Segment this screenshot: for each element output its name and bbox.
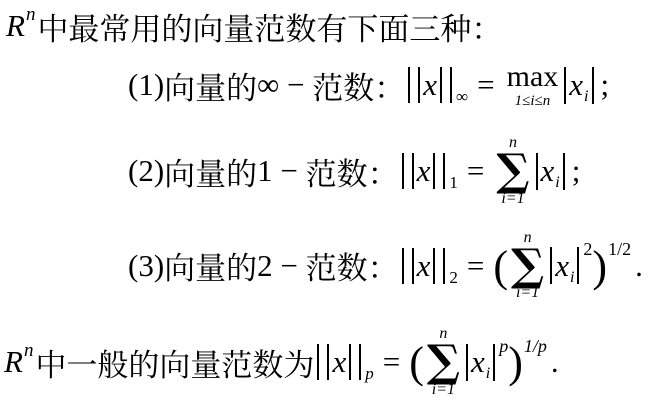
outer-exponent: 1/2 [608, 239, 631, 260]
set-symbol-exponent: n [26, 4, 36, 26]
equals-sign: = [383, 344, 400, 380]
summation-operator: n ∑ i=1 [427, 326, 460, 398]
max-operator: max 1≤i≤n [507, 62, 559, 109]
item2-label: (2) [128, 153, 164, 189]
abs-x-i: x i [561, 67, 596, 104]
abs-bar-icon [577, 247, 579, 284]
double-bar-icon [440, 67, 452, 103]
intro-line: R n 中最常用的向量范数有下面三种： [6, 4, 502, 48]
norm-x-1: x 1 [399, 153, 458, 189]
component-x: x [555, 248, 569, 284]
open-paren: ( [409, 341, 424, 385]
double-bar-icon [317, 344, 329, 380]
item1-label: (1) [128, 67, 164, 103]
sigma-icon: ∑ [427, 342, 460, 382]
double-bar-icon [408, 67, 420, 103]
item2-terminator: ; [572, 153, 581, 189]
abs-bar-icon [536, 153, 538, 190]
double-bar-icon [433, 153, 445, 189]
norm-subscript-p: p [365, 364, 374, 384]
abs-x-i-power-p: x i p [463, 344, 508, 381]
item1-line: (1) 向量的 ∞ − 范数： x ∞ = max 1≤i≤n x i ; [128, 50, 609, 120]
index-i: i [570, 269, 574, 287]
item2-norm-word: 范数： [306, 149, 399, 194]
abs-bar-icon [564, 67, 566, 104]
summation-operator: n ∑ i=1 [511, 230, 544, 302]
outer-exponent: 1/p [524, 336, 547, 357]
abs-bar-icon [493, 344, 495, 381]
equals-sign: = [467, 248, 484, 284]
abs-bar-icon [466, 344, 468, 381]
max-under-script: 1≤i≤n [515, 94, 551, 109]
item3-terminator: . [635, 248, 643, 284]
abs-bar-icon [592, 67, 594, 104]
item3-label: (3) [128, 248, 164, 284]
max-label: max [507, 62, 559, 92]
abs-exponent: p [499, 336, 508, 357]
item3-line: (3) 向量的 2 − 范数： x 2 = ( n ∑ i=1 x i 2 ) … [128, 219, 643, 312]
item3-norm-word: 范数： [306, 243, 399, 288]
general-text: 中一般的向量范数为 [35, 340, 314, 385]
intro-text: 中最常用的向量范数有下面三种： [37, 4, 502, 49]
set-symbol-exponent: n [24, 340, 34, 362]
norm-x-infinity: x ∞ [405, 67, 468, 103]
component-x: x [541, 153, 555, 189]
norm-x-2: x 2 [399, 248, 458, 284]
item2-norm-type: 1 − [257, 153, 305, 189]
norm-subscript-2: 2 [449, 268, 458, 288]
index-i: i [584, 88, 588, 106]
abs-bar-icon [550, 247, 552, 284]
general-line: R n 中一般的向量范数为 x p = ( n ∑ i=1 x i p ) 1/… [4, 317, 559, 407]
equals-sign: = [467, 153, 484, 189]
component-x: x [569, 67, 583, 103]
item2-lead-text: 向量的 [164, 149, 257, 194]
sigma-icon: ∑ [511, 246, 544, 286]
close-paren: ) [508, 341, 523, 385]
abs-x-i-squared: x i 2 [547, 247, 592, 284]
summation-operator: n ∑ i=1 [496, 135, 529, 207]
component-x: x [471, 344, 485, 380]
general-terminator: . [551, 344, 559, 380]
item3-lead-text: 向量的 [164, 243, 257, 288]
set-symbol-r: R [4, 344, 23, 380]
sum-lower-limit: i=1 [501, 191, 524, 207]
norm-subscript-infinity: ∞ [456, 87, 468, 107]
sum-lower-limit: i=1 [516, 285, 539, 301]
vector-x: x [423, 67, 437, 103]
vector-x: x [417, 248, 431, 284]
norm-x-p: x p [314, 344, 373, 380]
item1-lead-text: 向量的 [164, 63, 257, 108]
double-bar-icon [349, 344, 361, 380]
sum-lower-limit: i=1 [432, 382, 455, 398]
item2-line: (2) 向量的 1 − 范数： x 1 = n ∑ i=1 x i ; [128, 126, 580, 216]
open-paren: ( [493, 245, 508, 289]
set-symbol-r: R [6, 8, 25, 44]
sigma-icon: ∑ [496, 151, 529, 191]
item1-norm-type: ∞ − [257, 67, 312, 103]
double-bar-icon [402, 248, 414, 284]
abs-exponent: 2 [583, 239, 592, 260]
slide-canvas: R n 中最常用的向量范数有下面三种： (1) 向量的 ∞ − 范数： x ∞ … [0, 0, 648, 407]
equals-sign: = [477, 67, 494, 103]
vector-x: x [417, 153, 431, 189]
item1-terminator: ; [601, 67, 610, 103]
item3-norm-type: 2 − [257, 248, 305, 284]
abs-bar-icon [563, 153, 565, 190]
index-i: i [486, 365, 490, 383]
item1-norm-word: 范数： [312, 63, 405, 108]
close-paren: ) [592, 245, 607, 289]
abs-x-i: x i [533, 153, 568, 190]
vector-x: x [332, 344, 346, 380]
index-i: i [555, 174, 559, 192]
norm-subscript-1: 1 [449, 173, 458, 193]
double-bar-icon [433, 248, 445, 284]
double-bar-icon [402, 153, 414, 189]
